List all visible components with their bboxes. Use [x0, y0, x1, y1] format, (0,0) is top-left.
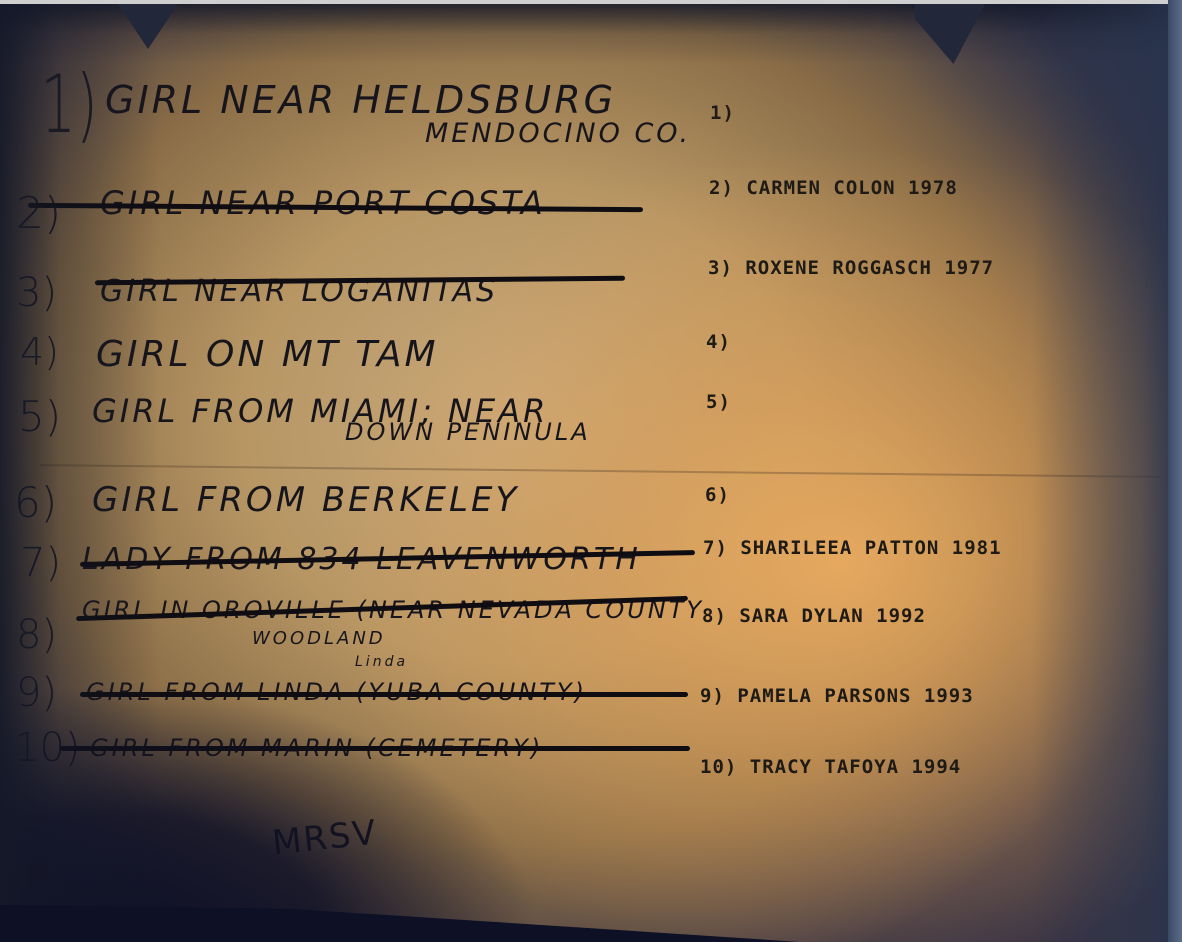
- hw-number: 2): [16, 188, 61, 239]
- hw-number: 3): [16, 270, 57, 316]
- hw-number: 5): [18, 392, 61, 441]
- hw-entry: Girl from Berkeley: [92, 480, 519, 520]
- typed-entry: 8) SARA DYLAN 1992: [702, 605, 926, 627]
- hw-note: Linda: [355, 654, 408, 670]
- typed-entry: 5): [706, 391, 731, 413]
- hw-note: Down Peninula: [345, 418, 591, 446]
- hw-number: 1): [40, 58, 97, 151]
- hw-note: Woodland: [252, 628, 386, 649]
- hw-number: 6): [14, 478, 57, 527]
- typed-entry: 10) TRACY TAFOYA 1994: [700, 756, 961, 778]
- hw-number: 4): [20, 330, 59, 374]
- hw-entry: Girl near Heldsburg: [105, 78, 616, 122]
- typed-entry: 4): [706, 331, 731, 353]
- hw-entry: Girl on Mt Tam: [96, 334, 439, 375]
- hw-number: 7): [20, 540, 61, 586]
- strikethrough: [60, 746, 690, 751]
- hw-note: Mendocino Co.: [425, 118, 691, 149]
- frame-right-edge: [1168, 0, 1182, 942]
- typed-entry: 6): [705, 484, 730, 506]
- typed-entry: 1): [710, 102, 735, 124]
- strikethrough: [80, 692, 688, 697]
- typed-entry: 9) PAMELA PARSONS 1993: [700, 685, 974, 707]
- typed-entry: 3) ROXENE ROGGASCH 1977: [708, 257, 994, 279]
- typed-entry: 7) SHARILEEA PATTON 1981: [703, 537, 1002, 559]
- typed-entry: 2) CARMEN COLON 1978: [709, 177, 958, 199]
- hw-number: 9): [16, 670, 57, 716]
- hw-number: 8): [16, 612, 57, 658]
